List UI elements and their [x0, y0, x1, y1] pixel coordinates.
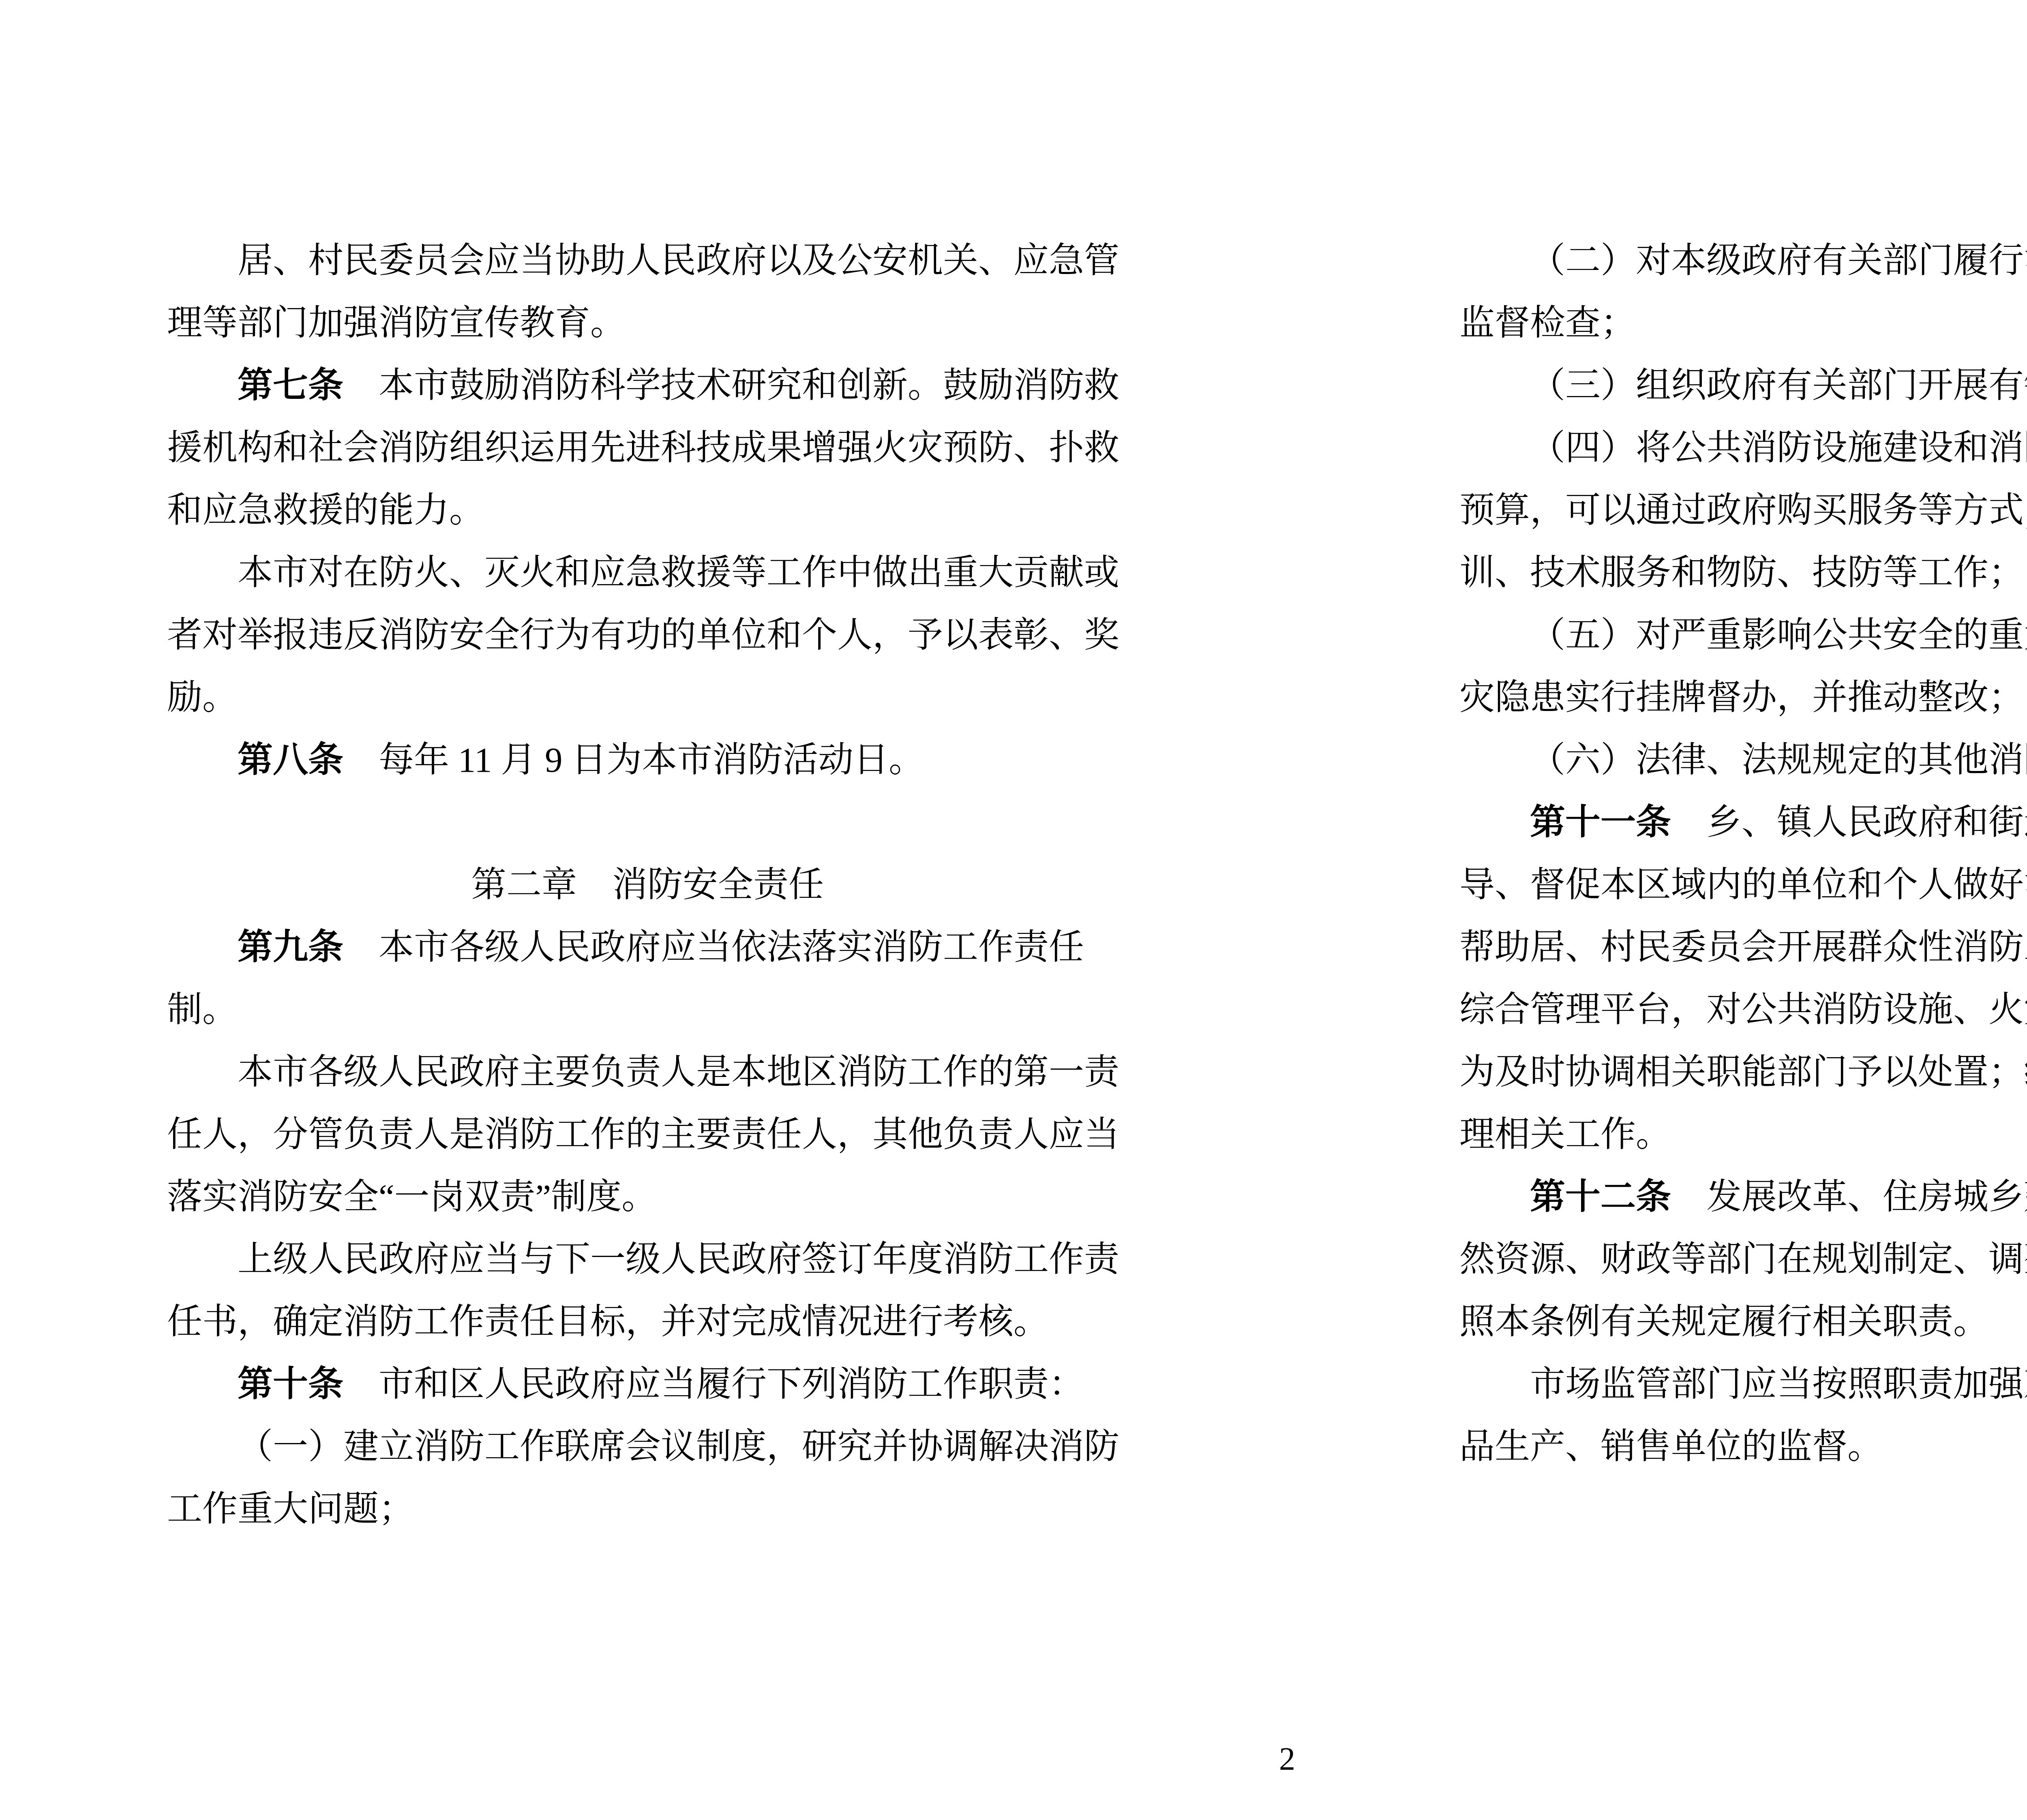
text-line: 第七条 本市鼓励消防科学技术研究和创新。鼓励消防救 — [167, 354, 1128, 417]
text-line: 第十一条 乡、镇人民政府和街道办事处应当组织、指 — [1459, 791, 2027, 854]
text-line: 和应急救援的能力。 — [167, 479, 1128, 542]
text-column-right: （二）对本级政府有关部门履行消防安全职责的情况进行监督检查；（三）组织政府有关部… — [1459, 229, 2027, 1478]
document-page: 居、村民委员会应当协助人民政府以及公安机关、应急管理等部门加强消防宣传教育。第七… — [0, 0, 2027, 1820]
text-line: 然资源、财政等部门在规划制定、调整和实施工作中，应当按 — [1459, 1228, 2027, 1291]
article-number: 第七条 — [238, 366, 343, 405]
text-line: 第八条 每年 11 月 9 日为本市消防活动日。 — [167, 729, 1128, 791]
text-line: 监督检查； — [1459, 292, 2027, 354]
text-line: 本市各级人民政府主要负责人是本地区消防工作的第一责 — [167, 1041, 1128, 1103]
line-text: 励。 — [167, 678, 238, 717]
line-text: 为及时协调相关职能部门予以处置；组织做好火灾事故善后处 — [1459, 1052, 2027, 1092]
text-line: 市场监管部门应当按照职责加强对消防产品质量和消防产 — [1459, 1353, 2027, 1415]
line-text: 照本条例有关规定履行相关职责。 — [1459, 1302, 1988, 1341]
text-line: （四）将公共消防设施建设和消防工作经费纳入本级财政 — [1459, 417, 2027, 479]
text-line: 本市对在防火、灭火和应急救援等工作中做出重大贡献或 — [167, 542, 1128, 604]
text-line: 灾隐患实行挂牌督办，并推动整改； — [1459, 666, 2027, 729]
line-text: 综合管理平台，对公共消防设施、火灾隐患和消防安全违法行 — [1459, 990, 2027, 1029]
text-column-left: 居、村民委员会应当协助人民政府以及公安机关、应急管理等部门加强消防宣传教育。第七… — [167, 229, 1128, 1540]
text-line: 任人，分管负责人是消防工作的主要责任人，其他负责人应当 — [167, 1103, 1128, 1166]
text-line: 导、督促本区域内的单位和个人做好消防工作；指导、支持、 — [1459, 854, 2027, 916]
text-line: 者对举报违反消防安全行为有功的单位和个人，予以表彰、奖 — [167, 604, 1128, 666]
text-line: 训、技术服务和物防、技防等工作； — [1459, 542, 2027, 604]
text-line: 居、村民委员会应当协助人民政府以及公安机关、应急管 — [167, 229, 1128, 292]
line-text: 预算，可以通过政府购买服务等方式，支持和保障消防教育培 — [1459, 490, 2027, 530]
line-text: 灾隐患实行挂牌督办，并推动整改； — [1459, 678, 2024, 717]
line-text: 本市各级人民政府主要负责人是本地区消防工作的第一责 — [238, 1052, 1119, 1092]
line-text: 发展改革、住房城乡建设管理、交通、规划自 — [1671, 1177, 2027, 1216]
text-line: 制。 — [167, 979, 1128, 1041]
line-text: 然资源、财政等部门在规划制定、调整和实施工作中，应当按 — [1459, 1240, 2027, 1279]
line-text: （五）对严重影响公共安全的重大火灾隐患或者区域性火 — [1530, 615, 2027, 655]
text-line: （二）对本级政府有关部门履行消防安全职责的情况进行 — [1459, 229, 2027, 292]
line-text: 乡、镇人民政府和街道办事处应当组织、指 — [1671, 803, 2027, 842]
article-number: 第九条 — [238, 927, 343, 967]
line-text: 市场监管部门应当按照职责加强对消防产品质量和消防产 — [1530, 1364, 2027, 1404]
line-text: 工作重大问题； — [167, 1489, 414, 1529]
line-text: 任人，分管负责人是消防工作的主要责任人，其他负责人应当 — [167, 1115, 1119, 1154]
line-text: 上级人民政府应当与下一级人民政府签订年度消防工作责 — [238, 1240, 1119, 1279]
article-number: 第八条 — [238, 740, 343, 779]
line-text: 导、督促本区域内的单位和个人做好消防工作；指导、支持、 — [1459, 865, 2027, 904]
line-text: （二）对本级政府有关部门履行消防安全职责的情况进行 — [1530, 241, 2027, 280]
line-text: 居、村民委员会应当协助人民政府以及公安机关、应急管 — [238, 241, 1119, 280]
text-line: 第十条 市和区人民政府应当履行下列消防工作职责： — [167, 1353, 1128, 1415]
text-line: 为及时协调相关职能部门予以处置；组织做好火灾事故善后处 — [1459, 1041, 2027, 1103]
text-line: 帮助居、村民委员会开展群众性消防工作；依托城市网格化等 — [1459, 916, 2027, 979]
line-text: 任书，确定消防工作责任目标，并对完成情况进行考核。 — [167, 1302, 1049, 1341]
line-text: （三）组织政府有关部门开展有针对性的消防安全检查； — [1530, 366, 2027, 405]
line-text: 每年 11 月 9 日为本市消防活动日。 — [343, 740, 924, 779]
text-line: （三）组织政府有关部门开展有针对性的消防安全检查； — [1459, 354, 2027, 417]
line-text: 和应急救援的能力。 — [167, 490, 484, 530]
article-number: 第十一条 — [1530, 803, 1671, 842]
text-line: 理等部门加强消防宣传教育。 — [167, 292, 1128, 354]
line-text: 者对举报违反消防安全行为有功的单位和个人，予以表彰、奖 — [167, 615, 1119, 655]
text-line: （五）对严重影响公共安全的重大火灾隐患或者区域性火 — [1459, 604, 2027, 666]
text-line: 预算，可以通过政府购买服务等方式，支持和保障消防教育培 — [1459, 479, 2027, 542]
text-line: 任书，确定消防工作责任目标，并对完成情况进行考核。 — [167, 1291, 1128, 1353]
article-number: 第十条 — [238, 1364, 343, 1404]
chapter-heading: 第二章 消防安全责任 — [167, 854, 1128, 916]
text-line: 品生产、销售单位的监督。 — [1459, 1415, 2027, 1478]
line-text: 品生产、销售单位的监督。 — [1459, 1427, 1883, 1466]
line-text: 理等部门加强消防宣传教育。 — [167, 303, 626, 343]
line-text: 本市各级人民政府应当依法落实消防工作责任 — [343, 927, 1084, 967]
line-text: 监督检查； — [1459, 303, 1636, 343]
blank-line — [167, 791, 1128, 854]
line-text: 援机构和社会消防组织运用先进科技成果增强火灾预防、扑救 — [167, 428, 1119, 467]
text-line: 落实消防安全“一岗双责”制度。 — [167, 1166, 1128, 1228]
text-line: 照本条例有关规定履行相关职责。 — [1459, 1291, 2027, 1353]
text-line: 第九条 本市各级人民政府应当依法落实消防工作责任 — [167, 916, 1128, 979]
line-text: （六）法律、法规规定的其他消防工作职责。 — [1530, 740, 2027, 779]
text-line: 工作重大问题； — [167, 1478, 1128, 1540]
line-text: 本市鼓励消防科学技术研究和创新。鼓励消防救 — [343, 366, 1119, 405]
text-line: 上级人民政府应当与下一级人民政府签订年度消防工作责 — [167, 1228, 1128, 1291]
text-line: 综合管理平台，对公共消防设施、火灾隐患和消防安全违法行 — [1459, 979, 2027, 1041]
line-text: 理相关工作。 — [1459, 1115, 1671, 1154]
text-line: 励。 — [167, 666, 1128, 729]
line-text: 第二章 消防安全责任 — [471, 865, 824, 904]
article-number: 第十二条 — [1530, 1177, 1671, 1216]
line-text: （四）将公共消防设施建设和消防工作经费纳入本级财政 — [1530, 428, 2027, 467]
line-text: 帮助居、村民委员会开展群众性消防工作；依托城市网格化等 — [1459, 927, 2027, 967]
text-line: 理相关工作。 — [1459, 1103, 2027, 1166]
line-text: 市和区人民政府应当履行下列消防工作职责： — [343, 1364, 1084, 1404]
text-line: 援机构和社会消防组织运用先进科技成果增强火灾预防、扑救 — [167, 417, 1128, 479]
text-line: （六）法律、法规规定的其他消防工作职责。 — [1459, 729, 2027, 791]
text-line: （一）建立消防工作联席会议制度，研究并协调解决消防 — [167, 1415, 1128, 1478]
line-text: 训、技术服务和物防、技防等工作； — [1459, 553, 2024, 592]
line-text: 制。 — [167, 990, 238, 1029]
line-text: （一）建立消防工作联席会议制度，研究并协调解决消防 — [238, 1427, 1119, 1466]
text-line: 第十二条 发展改革、住房城乡建设管理、交通、规划自 — [1459, 1166, 2027, 1228]
line-text: 本市对在防火、灭火和应急救援等工作中做出重大贡献或 — [238, 553, 1119, 592]
line-text: 落实消防安全“一岗双责”制度。 — [167, 1177, 657, 1216]
page-number: 2 — [0, 1743, 2027, 1775]
